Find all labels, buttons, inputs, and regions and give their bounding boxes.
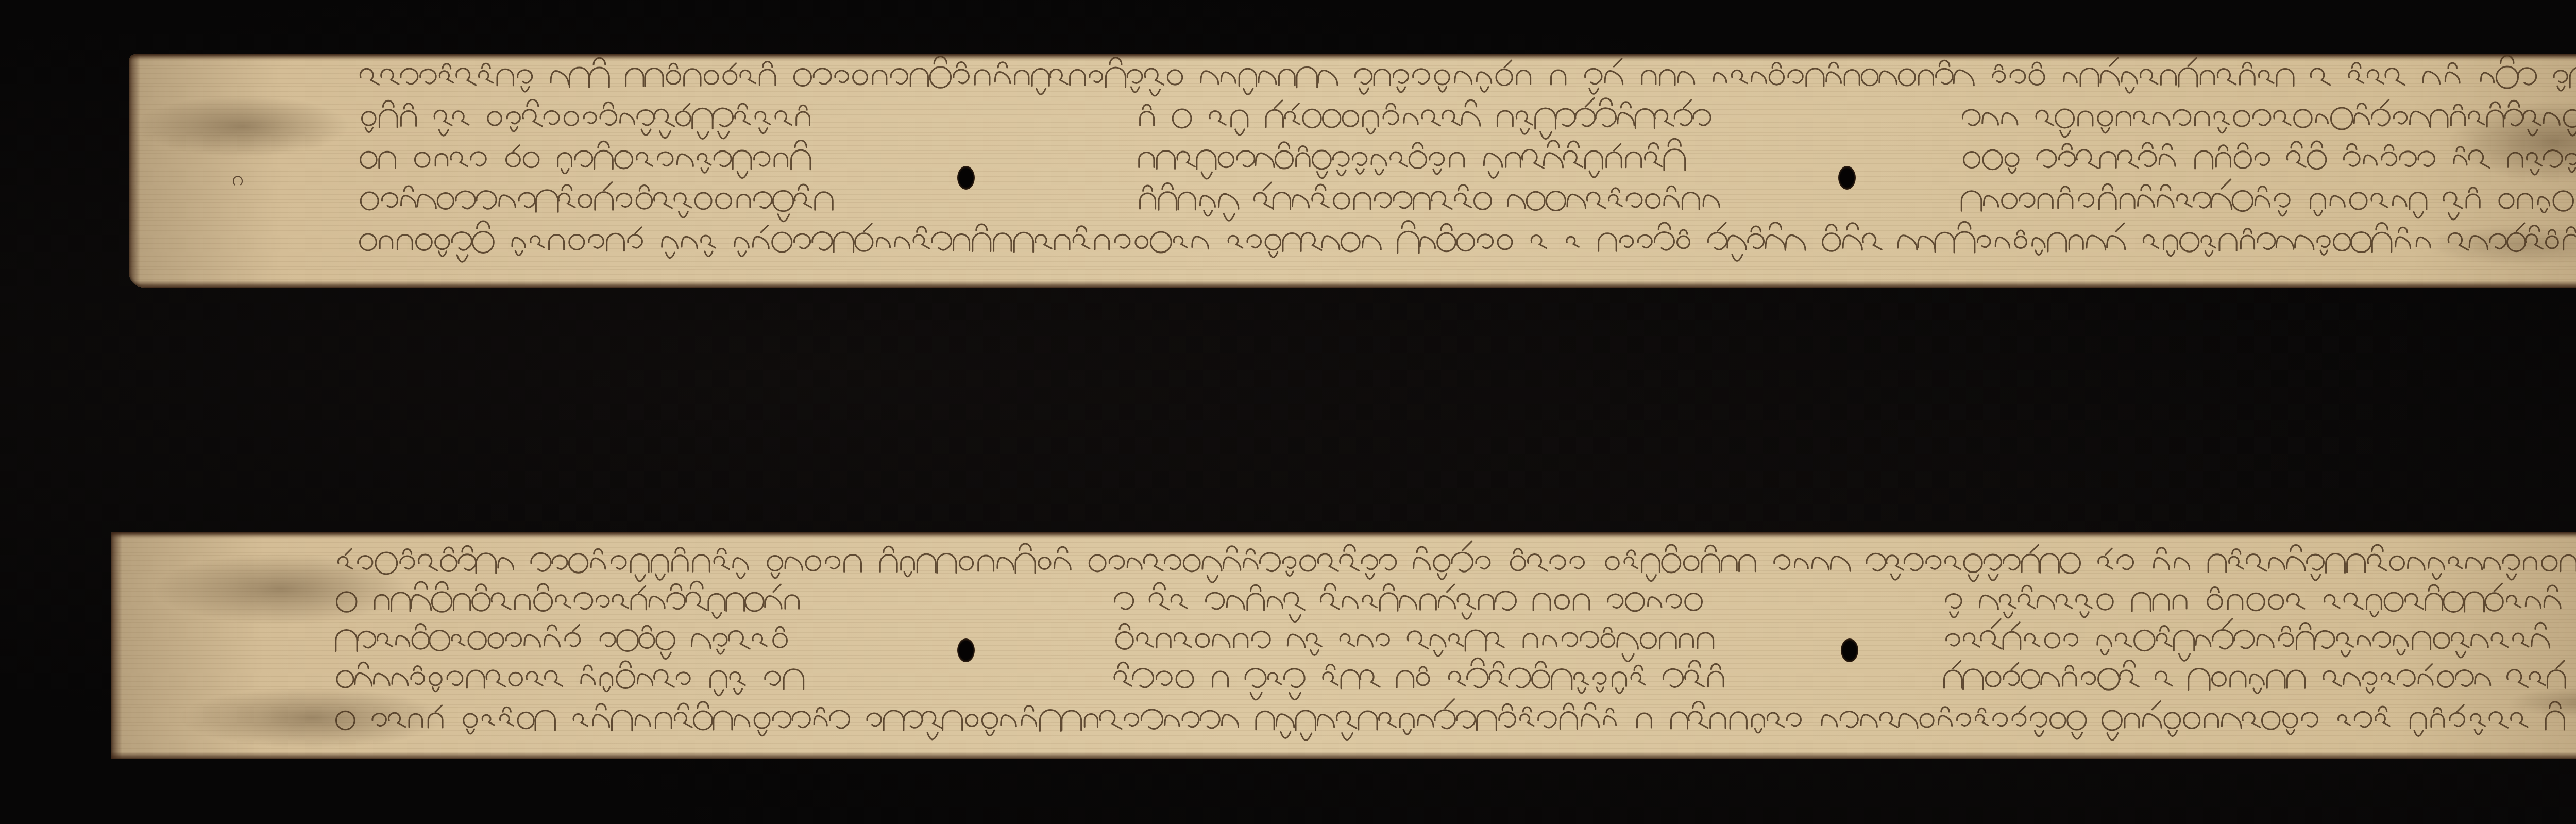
binding-hole: [957, 166, 975, 190]
palm-leaf-folio-1: ဂ ဤတိတ္ထ ဒွတိယတ္ထ ပဋ္ဌာနသာ ဂုဏ်ကျေးဇူးတေ…: [129, 54, 2576, 288]
text-line: ဝာဓိနေ ... ယို့သော ... ပန္နတေထ ... ရွာယေ…: [129, 54, 150, 55]
incised-script-block: [111, 532, 2576, 759]
binding-hole: [957, 638, 975, 662]
text-line: ကိုမွှတ္တ ။ ... ဝိဝ ... ပါဝိဆုပါ ... ဝေန…: [111, 532, 126, 533]
binding-hole: [1838, 166, 1856, 190]
binding-hole: [1841, 638, 1858, 662]
palm-leaf-folio-2: ဝါဝိတ္တာ ... ဝါဝိ ... ရှုတာဘ်ကိုဝေလာ ...…: [111, 532, 2576, 759]
incised-script-block: [129, 54, 2576, 288]
